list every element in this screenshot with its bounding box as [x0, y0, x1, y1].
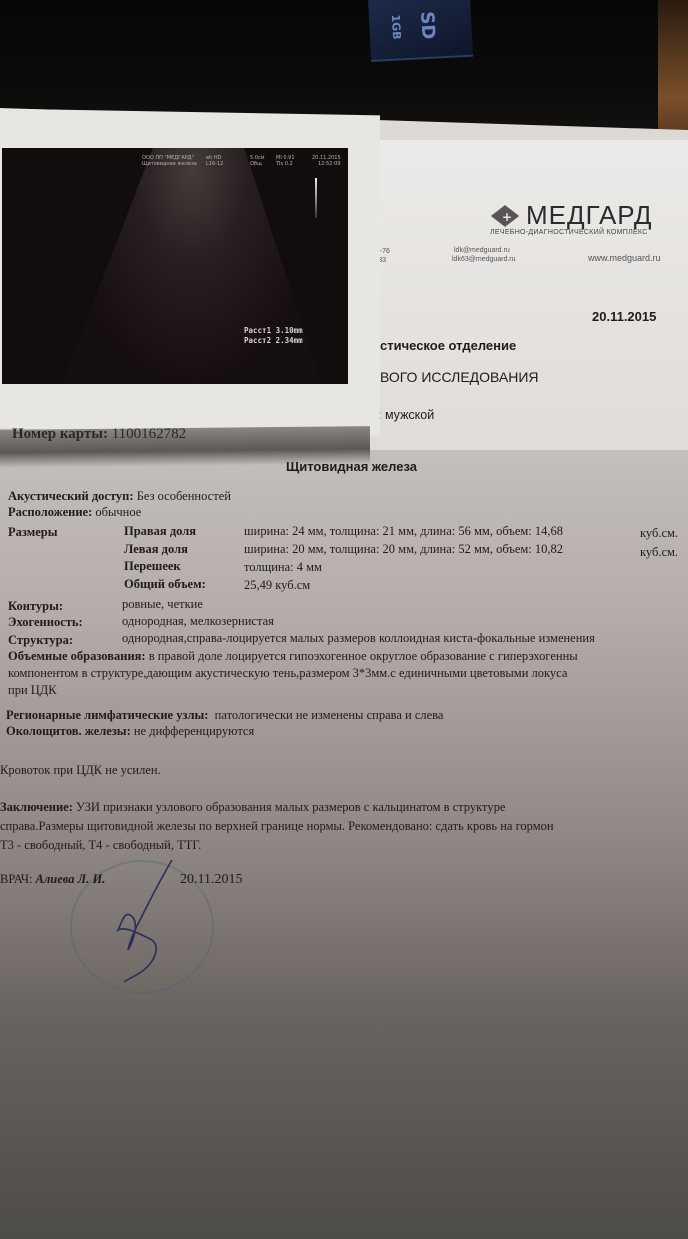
- us-measurement-1: Расст1 3.10mm: [244, 326, 303, 336]
- size-row-unit: куб.см.: [640, 545, 678, 560]
- acoustic-access: Акустический доступ: Без особенностей: [8, 489, 231, 504]
- masses-line-3: при ЦДК: [8, 683, 57, 698]
- size-row-part: Перешеек: [124, 559, 181, 574]
- us-mode: Общ: [250, 161, 262, 167]
- parathyroid: Околощитов. железы: не дифференцируются: [6, 724, 254, 739]
- size-row-part: Общий объем:: [124, 577, 206, 592]
- us-gray-scale-bar: [315, 178, 317, 218]
- report-title: ВОГО ИССЛЕДОВАНИЯ: [380, 369, 539, 385]
- blood-flow: Кровоток при ЦДК не усилен.: [0, 763, 161, 778]
- conclusion-line-2: справа.Размеры щитовидной железы по верх…: [0, 819, 554, 834]
- patient-sex: : мужской: [378, 408, 434, 422]
- conclusion-line-3: Т3 - свободный, Т4 - свободный, ТТГ.: [0, 838, 201, 853]
- contours-label: Контуры:: [8, 599, 63, 614]
- sizes-label: Размеры: [8, 525, 58, 540]
- email-1[interactable]: ldk@medguard.ru: [454, 247, 510, 254]
- ultrasound-scan-area: [62, 148, 322, 384]
- size-row-part: Левая доля: [124, 542, 188, 557]
- us-organ: Щитовидная железа: [142, 161, 197, 167]
- structure-label: Структура:: [8, 633, 73, 648]
- us-probe-model: L16-12: [206, 161, 223, 167]
- us-tis: TIs 0.2: [276, 161, 293, 167]
- size-row-value: ширина: 24 мм, толщина: 21 мм, длина: 56…: [244, 524, 563, 539]
- header-date: 20.11.2015: [592, 309, 656, 324]
- us-measurement-2: Расст2 2.34mm: [244, 336, 303, 346]
- location: Расположение: обычное: [8, 505, 141, 520]
- department-name: стическое отделение: [380, 338, 516, 353]
- masses-line-2: компонентом в структуре,дающим акустичес…: [8, 666, 567, 681]
- size-row-value: ширина: 20 мм, толщина: 20 мм, длина: 52…: [244, 542, 563, 557]
- ultrasound-image: ООО ЛП "МЕДГАРД" Щитовидная железа eh HD…: [2, 148, 348, 384]
- website-link[interactable]: www.medguard.ru: [588, 253, 661, 263]
- echogenicity-label: Эхогенность:: [8, 615, 83, 630]
- echogenicity-value: однородная, мелкозернистая: [122, 614, 274, 629]
- brand-subtitle: ЛЕЧЕБНО-ДИАГНОСТИЧЕСКИЙ КОМПЛЕКС: [490, 229, 648, 236]
- contours-value: ровные, четкие: [122, 597, 203, 612]
- masses: Объемные образования: в правой доле лоци…: [8, 649, 578, 664]
- size-row-value: 25,49 куб.см: [244, 578, 310, 593]
- structure-value: однородная,справа-лоцируется малых разме…: [122, 631, 595, 646]
- wood-edge: [658, 0, 688, 140]
- size-row-unit: куб.см.: [640, 526, 678, 541]
- size-row-value: толщина: 4 мм: [244, 560, 322, 575]
- lymph-nodes: Регионарные лимфатические узлы: патологи…: [6, 708, 443, 723]
- size-row-part: Правая доля: [124, 524, 196, 539]
- sd-card-capacity: 1GB: [389, 14, 403, 40]
- us-time: 12:52:09: [318, 161, 340, 167]
- logo-cross-icon: +: [490, 205, 522, 227]
- brand-name: МЕДГАРД: [526, 200, 653, 231]
- doctor-name: Алиева Л. И.: [36, 872, 106, 886]
- conclusion: Заключение: УЗИ признаки узлового образо…: [0, 800, 505, 815]
- letterhead-sheet: [370, 140, 688, 450]
- sd-card: 1GB SD: [368, 0, 473, 62]
- medguard-logo: + МЕДГАРД: [490, 200, 653, 231]
- card-number: Номер карты: 1100162782: [12, 426, 186, 443]
- email-2[interactable]: ldk63@medguard.ru: [452, 256, 516, 263]
- doctor-date: 20.11.2015: [180, 872, 242, 888]
- sd-card-logo: SD: [416, 11, 438, 40]
- organ-title: Щитовидная железа: [286, 459, 417, 474]
- doctor-line: ВРАЧ: Алиева Л. И.: [0, 872, 105, 887]
